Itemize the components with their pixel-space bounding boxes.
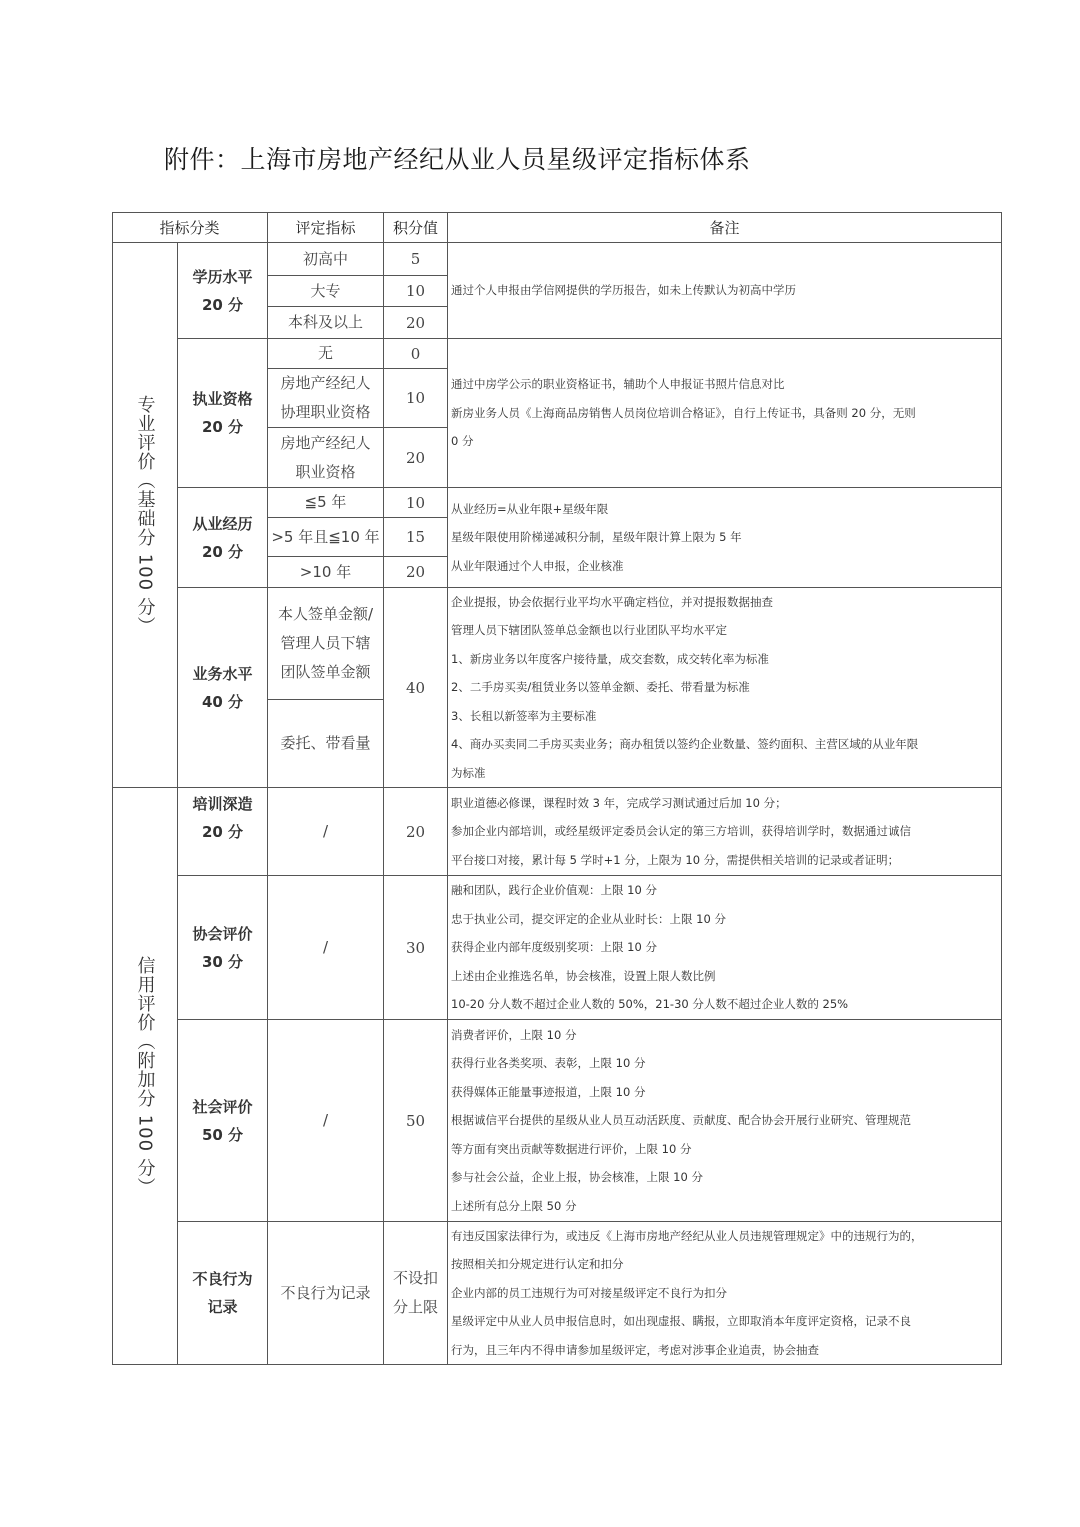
section-name: 学历水平 [192, 263, 252, 291]
section-association: 协会评价 30 分 [178, 876, 268, 1020]
remark-line: 行为，且三年内不得申请参加星级评定，考虑对涉事企业追责，协会抽查 [451, 1336, 923, 1365]
header-remarks: 备注 [448, 212, 1002, 243]
header-score: 积分值 [384, 212, 448, 243]
section-name: 培训深造 [192, 790, 252, 818]
remarks-cell: 消费者评价，上限 10 分 获得行业各类奖项、表彰，上限 10 分 获得媒体正能… [448, 1020, 1002, 1222]
remark-line: 3、长租以新签率为主要标准 [451, 702, 918, 731]
indicator: 委托、带看量 [268, 700, 384, 788]
indicator: / [268, 1020, 384, 1222]
score-line: 分上限 [393, 1293, 438, 1322]
remark-line: 获得媒体正能量事迹报道，上限 10 分 [451, 1078, 911, 1107]
section-name: 记录 [207, 1293, 237, 1321]
indicator-line: 房地产经纪人 [280, 429, 370, 458]
score: 10 [384, 488, 448, 518]
indicator: 本人签单金额/ 管理人员下辖 团队签单金额 [268, 588, 384, 700]
remark-line: 参加企业内部培训，或经星级评定委员会认定的第三方培训，获得培训学时，数据通过诚信 [451, 817, 911, 846]
remark-line: 新房业务人员《上海商品房销售人员岗位培训合格证》，自行上传证书，具备则 20 分… [451, 399, 916, 428]
section-points: 50 分 [202, 1121, 243, 1149]
remark-line: 星级年限使用阶梯递减积分制，星级年限计算上限为 5 年 [451, 523, 742, 552]
remark-line: 2、二手房买卖/租赁业务以签单金额、委托、带看量为标准 [451, 673, 918, 702]
remark-line: 获得行业各类奖项、表彰，上限 10 分 [451, 1049, 911, 1078]
score: 5 [384, 243, 448, 276]
indicator: / [268, 876, 384, 1020]
score: 20 [384, 788, 448, 876]
score: 10 [384, 369, 448, 428]
remark-line: 有违反国家法律行为，或违反《上海市房地产经纪从业人员违规管理规定》中的违规行为的… [451, 1222, 923, 1251]
indicator: / [268, 788, 384, 876]
score: 20 [384, 557, 448, 588]
section-training: 培训深造 20 分 [178, 788, 268, 876]
score: 30 [384, 876, 448, 1020]
indicator: 本科及以上 [268, 307, 384, 339]
indicator: 大专 [268, 276, 384, 307]
score: 20 [384, 428, 448, 488]
remark-line: 融和团队，践行企业价值观：上限 10 分 [451, 876, 848, 905]
section-name: 不良行为 [192, 1265, 252, 1293]
remark-line: 管理人员下辖团队签单总金额也以行业团队平均水平定 [451, 616, 918, 645]
remark-line: 根据诚信平台提供的星级从业人员互动活跃度、贡献度、配合协会开展行业研究、管理规范 [451, 1106, 911, 1135]
score: 0 [384, 339, 448, 369]
remark-line: 上述所有总分上限 50 分 [451, 1192, 911, 1221]
remarks-cell: 通过中房学公示的职业资格证书，辅助个人申报证书照片信息对比 新房业务人员《上海商… [448, 339, 1002, 488]
indicator-line: 本人签单金额/ [278, 600, 373, 629]
remarks-cell: 通过个人申报由学信网提供的学历报告，如未上传默认为初高中学历 [448, 243, 1002, 339]
remark-line: 通过中房学公示的职业资格证书，辅助个人申报证书照片信息对比 [451, 370, 916, 399]
score: 10 [384, 276, 448, 307]
section-name: 执业资格 [192, 385, 252, 413]
remark-line: 平台接口对接，累计每 5 学时+1 分，上限为 10 分，需提供相关培训的记录或… [451, 846, 911, 875]
remark-line: 企业内部的员工违规行为可对接星级评定不良行为扣分 [451, 1279, 923, 1308]
section-points: 40 分 [202, 688, 243, 716]
remark-line: 为标准 [451, 759, 918, 788]
remark-line: 消费者评价，上限 10 分 [451, 1021, 911, 1050]
remark-line: 10-20 分人数不超过企业人数的 50%，21-30 分人数不超过企业人数的 … [451, 990, 848, 1019]
remark-line: 参与社会公益，企业上报，协会核准，上限 10 分 [451, 1163, 911, 1192]
indicator: 不良行为记录 [268, 1222, 384, 1365]
group-label: 信用评价（附加分 100 分） [132, 956, 158, 1197]
section-social: 社会评价 50 分 [178, 1020, 268, 1222]
remarks-cell: 有违反国家法律行为，或违反《上海市房地产经纪从业人员违规管理规定》中的违规行为的… [448, 1222, 1002, 1365]
remark-line: 职业道德必修课，课程时效 3 年，完成学习测试通过后加 10 分； [451, 789, 911, 818]
indicator: 房地产经纪人 职业资格 [268, 428, 384, 488]
indicator-line: 团队签单金额 [280, 658, 370, 687]
indicator: >10 年 [268, 557, 384, 588]
remark-line: 4、商办买卖同二手房买卖业务；商办租赁以签约企业数量、签约面积、主营区域的从业年… [451, 730, 918, 759]
indicator: >5 年且≦10 年 [268, 518, 384, 557]
section-points: 20 分 [202, 538, 243, 566]
section-name: 业务水平 [192, 660, 252, 688]
indicator-line: 管理人员下辖 [280, 629, 370, 658]
indicator-line: 房地产经纪人 [280, 369, 370, 398]
score: 40 [384, 588, 448, 788]
remark-line: 1、新房业务以年度客户接待量，成交套数，成交转化率为标准 [451, 645, 918, 674]
score: 20 [384, 307, 448, 339]
indicator: ≦5 年 [268, 488, 384, 518]
remark-line: 0 分 [451, 427, 916, 456]
score: 不设扣 分上限 [384, 1222, 448, 1365]
section-experience: 从业经历 20 分 [178, 488, 268, 588]
indicator: 初高中 [268, 243, 384, 276]
section-name: 从业经历 [192, 510, 252, 538]
section-name: 社会评价 [192, 1093, 252, 1121]
remark-line: 按照相关扣分规定进行认定和扣分 [451, 1250, 923, 1279]
indicator-line: 协理职业资格 [280, 398, 370, 427]
section-points: 20 分 [202, 818, 243, 846]
section-points: 30 分 [202, 948, 243, 976]
score-line: 不设扣 [393, 1264, 438, 1293]
group-professional: 专业评价（基础分 100 分） [112, 243, 178, 788]
group-label: 专业评价（基础分 100 分） [132, 395, 158, 636]
group-credit: 信用评价（附加分 100 分） [112, 788, 178, 1365]
remark-line: 从业经历=从业年限+星级年限 [451, 495, 742, 524]
indicator: 无 [268, 339, 384, 369]
indicator: 房地产经纪人 协理职业资格 [268, 369, 384, 428]
remarks-cell: 职业道德必修课，课程时效 3 年，完成学习测试通过后加 10 分； 参加企业内部… [448, 788, 1002, 876]
section-points: 20 分 [202, 291, 243, 319]
header-indicator: 评定指标 [268, 212, 384, 243]
section-qualification: 执业资格 20 分 [178, 339, 268, 488]
remark-line: 上述由企业推选名单，协会核准，设置上限人数比例 [451, 962, 848, 991]
rating-index-table: 指标分类 评定指标 积分值 备注 专业评价（基础分 100 分） 学历水平 20… [112, 212, 1002, 1365]
score: 15 [384, 518, 448, 557]
header-category: 指标分类 [112, 212, 268, 243]
remarks-cell: 从业经历=从业年限+星级年限 星级年限使用阶梯递减积分制，星级年限计算上限为 5… [448, 488, 1002, 588]
remarks-cell: 企业提报，协会依据行业平均水平确定档位，并对提报数据抽查 管理人员下辖团队签单总… [448, 588, 1002, 788]
section-education: 学历水平 20 分 [178, 243, 268, 339]
indicator-line: 职业资格 [295, 458, 355, 487]
score: 50 [384, 1020, 448, 1222]
remark-line: 星级评定中从业人员申报信息时，如出现虚报、瞒报，立即取消本年度评定资格，记录不良 [451, 1307, 923, 1336]
remark-line: 从业年限通过个人申报，企业核准 [451, 552, 742, 581]
section-misconduct: 不良行为 记录 [178, 1222, 268, 1365]
remarks-cell: 融和团队，践行企业价值观：上限 10 分 忠于执业公司，提交评定的企业从业时长：… [448, 876, 1002, 1020]
section-points: 20 分 [202, 413, 243, 441]
remark-line: 忠于执业公司，提交评定的企业从业时长：上限 10 分 [451, 905, 848, 934]
section-name: 协会评价 [192, 920, 252, 948]
remark-line: 等方面有突出贡献等数据进行评价，上限 10 分 [451, 1135, 911, 1164]
section-business: 业务水平 40 分 [178, 588, 268, 788]
remark-line: 通过个人申报由学信网提供的学历报告，如未上传默认为初高中学历 [451, 276, 796, 305]
remark-line: 获得企业内部年度级别奖项：上限 10 分 [451, 933, 848, 962]
document-title: 附件：上海市房地产经纪从业人员星级评定指标体系 [164, 140, 751, 176]
remark-line: 企业提报，协会依据行业平均水平确定档位，并对提报数据抽查 [451, 588, 918, 617]
